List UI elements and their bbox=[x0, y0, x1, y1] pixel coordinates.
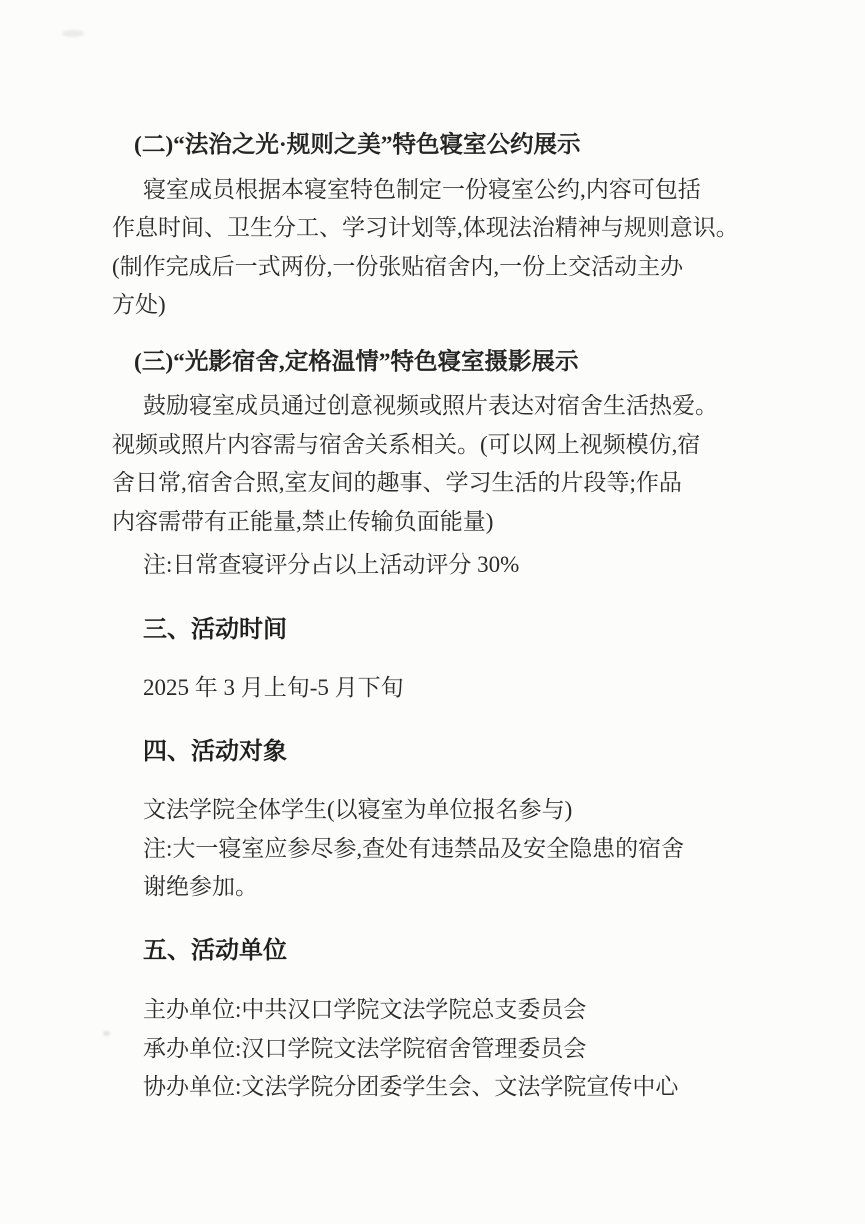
paragraph-line: 作息时间、卫生分工、学习计划等,体现法治精神与规则意识。 bbox=[112, 209, 760, 248]
host-unit-line: 主办单位:中共汉口学院文法学院总支委员会 bbox=[112, 991, 760, 1030]
section-heading-activity-units: 五、活动单位 bbox=[112, 932, 760, 971]
paragraph-line: 视频或照片内容需与宿舍关系相关。(可以网上视频模仿,宿 bbox=[112, 426, 760, 465]
co-organizer-unit-line: 协办单位:文法学院分团委学生会、文法学院宣传中心 bbox=[112, 1068, 760, 1107]
organizer-unit-line: 承办单位:汉口学院文法学院宿舍管理委员会 bbox=[112, 1030, 760, 1069]
paragraph-line: 寝室成员根据本寝室特色制定一份寝室公约,内容可包括 bbox=[112, 171, 760, 210]
note-line-score-weight: 注:日常查寝评分占以上活动评分 30% bbox=[112, 546, 760, 585]
document-page: (二)“法治之光·规则之美”特色寝室公约展示 寝室成员根据本寝室特色制定一份寝室… bbox=[0, 0, 865, 1224]
note-line-freshman-cont: 谢绝参加。 bbox=[112, 868, 760, 907]
section-heading-activity-target: 四、活动对象 bbox=[112, 733, 760, 772]
paragraph-line: (制作完成后一式两份,一份张贴宿舍内,一份上交活动主办 bbox=[112, 248, 760, 287]
section-heading-activity-time: 三、活动时间 bbox=[112, 611, 760, 650]
scan-dot-artifact bbox=[103, 1031, 110, 1036]
paragraph-line: 鼓励寝室成员通过创意视频或照片表达对宿舍生活热爱。 bbox=[112, 387, 760, 426]
document-body: (二)“法治之光·规则之美”特色寝室公约展示 寝室成员根据本寝室特色制定一份寝室… bbox=[112, 0, 760, 1107]
activity-time-value: 2025 年 3 月上旬-5 月下旬 bbox=[112, 669, 760, 708]
note-line-freshman: 注:大一寝室应参尽参,查处有违禁品及安全隐患的宿舍 bbox=[112, 830, 760, 869]
paragraph-line: 方处) bbox=[112, 286, 760, 325]
subsection-heading-fazhi-gongyue: (二)“法治之光·规则之美”特色寝室公约展示 bbox=[112, 126, 760, 165]
activity-target-line: 文法学院全体学生(以寝室为单位报名参与) bbox=[112, 791, 760, 830]
scan-smudge-artifact bbox=[62, 30, 84, 37]
paragraph-line: 舍日常,宿舍合照,室友间的趣事、学习生活的片段等;作品 bbox=[112, 464, 760, 503]
subsection-heading-guangying-sheying: (三)“光影宿舍,定格温情”特色寝室摄影展示 bbox=[112, 343, 760, 382]
paragraph-line: 内容需带有正能量,禁止传输负面能量) bbox=[112, 503, 760, 542]
